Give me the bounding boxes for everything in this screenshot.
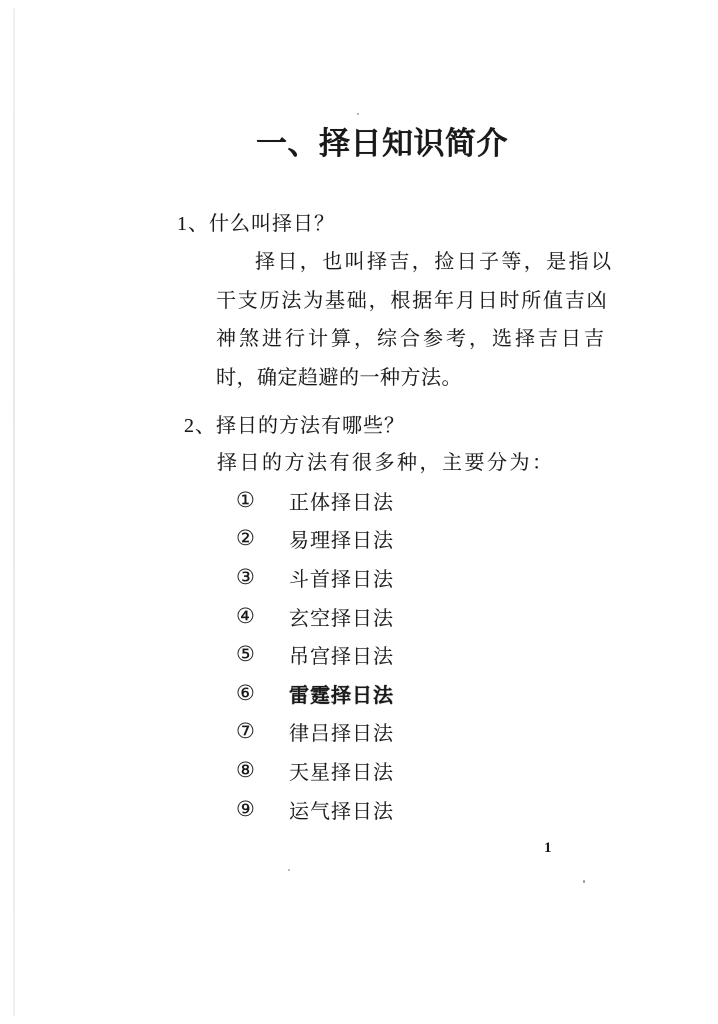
list-item: ④ 玄空择日法 — [236, 597, 394, 636]
methods-intro: 择日的方法有很多种，主要分为： — [217, 446, 555, 475]
circled-number: ② — [236, 526, 260, 551]
list-item: ③ 斗首择日法 — [236, 558, 394, 597]
circled-number: ⑧ — [236, 758, 260, 783]
method-label: 易理择日法 — [289, 524, 394, 553]
method-label: 吊宫择日法 — [289, 640, 394, 669]
list-item: ⑧ 天星择日法 — [236, 751, 394, 790]
method-label: 律吕择日法 — [289, 717, 394, 746]
method-label: 斗首择日法 — [289, 563, 394, 592]
scanned-book-page: 一、择日知识简介 1、什么叫择日？ 择日，也叫择吉，捡日子等，是指以 干支历法为… — [0, 0, 718, 1024]
scan-edge-line — [13, 8, 15, 1016]
circled-number: ⑤ — [236, 642, 260, 667]
circled-number: ④ — [236, 604, 260, 629]
scan-speck — [357, 113, 359, 115]
list-item: ⑦ 律吕择日法 — [236, 713, 394, 752]
circled-number: ⑨ — [236, 797, 260, 822]
paragraph-line: 择日，也叫择吉，捡日子等，是指以 — [216, 243, 616, 282]
method-label: 正体择日法 — [289, 486, 394, 515]
list-item: ⑤ 吊宫择日法 — [236, 635, 394, 674]
method-label: 天星择日法 — [289, 756, 394, 785]
page-title: 一、择日知识简介 — [256, 118, 508, 163]
method-label: 玄空择日法 — [289, 602, 394, 631]
question-1-heading: 1、什么叫择日？ — [177, 207, 335, 236]
page-number: 1 — [544, 840, 552, 857]
circled-number: ⑦ — [236, 719, 260, 744]
methods-list: ① 正体择日法 ② 易理择日法 ③ 斗首择日法 ④ 玄空择日法 ⑤ 吊宫择日法 … — [236, 481, 394, 828]
circled-number: ⑥ — [236, 681, 260, 706]
list-item: ⑥ 雷霆择日法 — [236, 674, 394, 713]
paragraph-line: 干支历法为基础，根据年月日时所值吉凶 — [216, 282, 616, 321]
method-label: 雷霆择日法 — [289, 679, 394, 708]
circled-number: ① — [236, 488, 260, 513]
method-label: 运气择日法 — [289, 795, 394, 824]
list-item: ② 易理择日法 — [236, 520, 394, 559]
answer-1-paragraph: 择日，也叫择吉，捡日子等，是指以 干支历法为基础，根据年月日时所值吉凶 神煞进行… — [216, 243, 616, 397]
list-item: ⑨ 运气择日法 — [236, 790, 394, 829]
list-item: ① 正体择日法 — [236, 481, 394, 520]
paragraph-line: 时，确定趋避的一种方法。 — [216, 359, 616, 398]
scan-speck — [288, 869, 290, 871]
paragraph-line: 神煞进行计算，综合参考，选择吉日吉 — [216, 320, 616, 359]
scan-speck — [583, 880, 585, 883]
circled-number: ③ — [236, 565, 260, 590]
question-2-heading: 2、择日的方法有哪些？ — [184, 409, 405, 438]
